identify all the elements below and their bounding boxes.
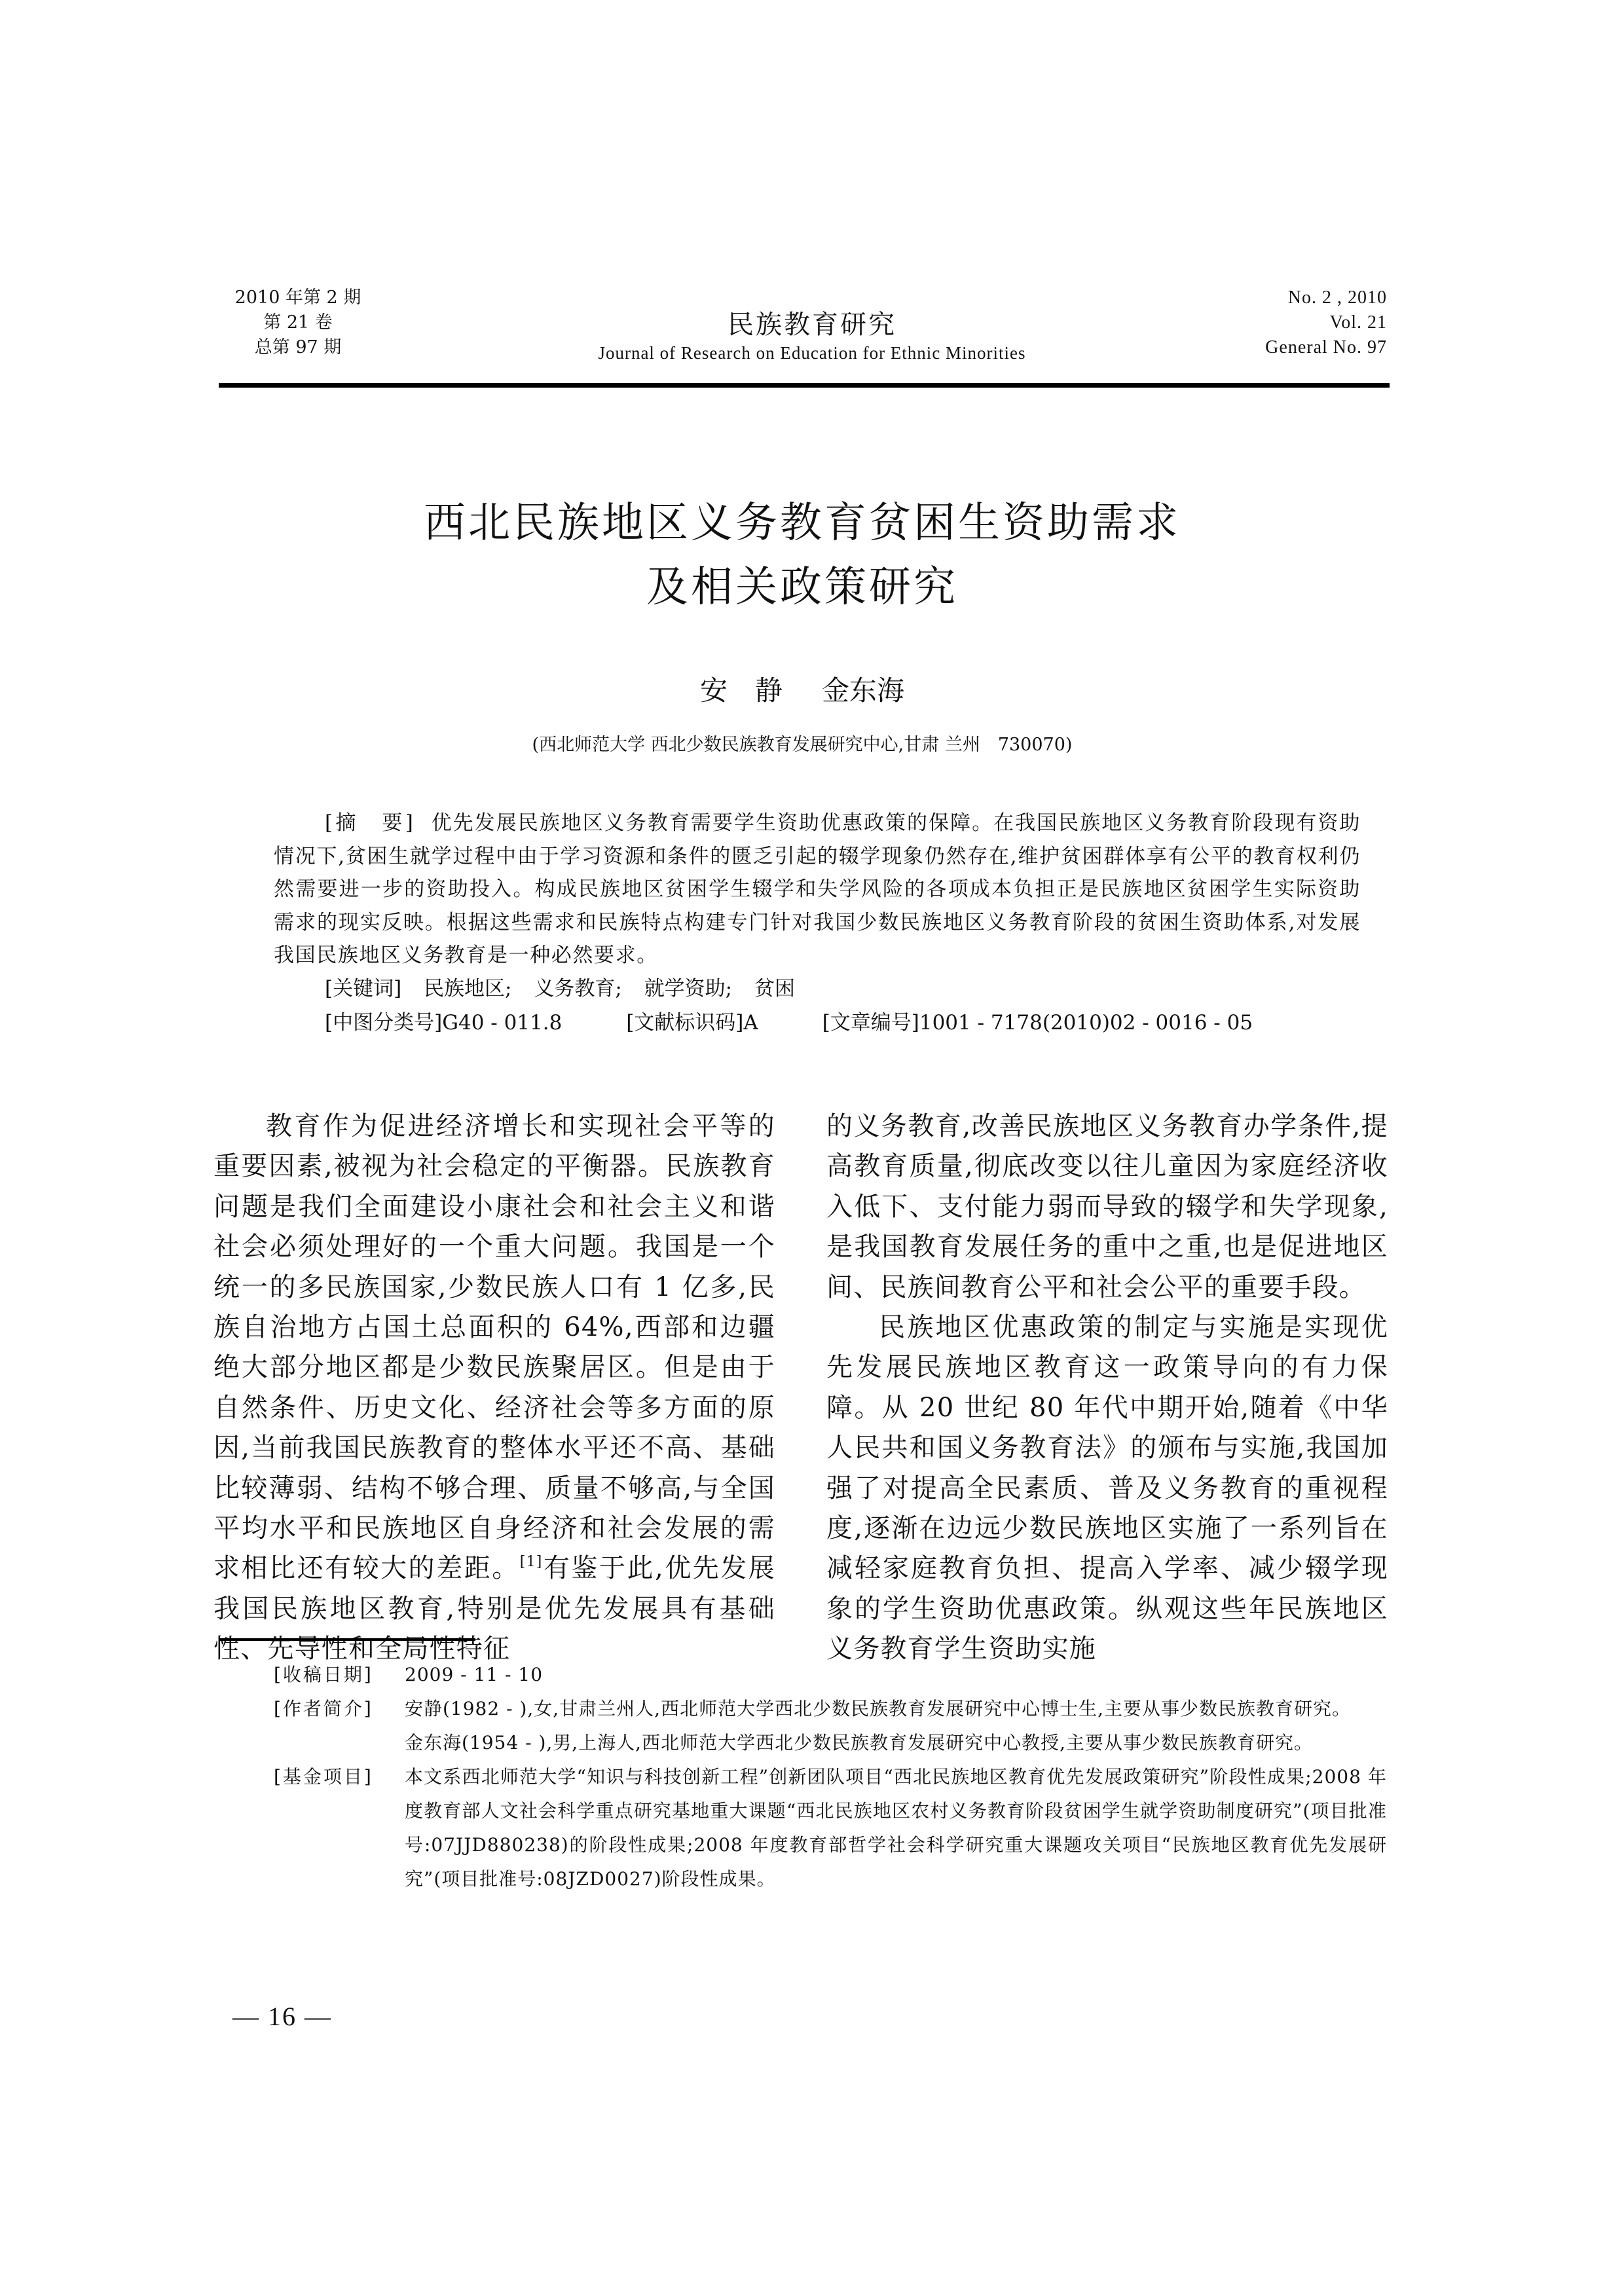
paragraph-text: 教育作为促进经济增长和实现社会平等的重要因素,被视为社会稳定的平衡器。民族教育问… [213, 1111, 775, 1583]
classification-codes: [中图分类号]G40 - 011.8 [文献标识码]A [文章编号]1001 -… [325, 1006, 1310, 1039]
body-paragraph: 民族地区优惠政策的制定与实施是实现优先发展民族地区教育这一政策导向的有力保障。从… [826, 1308, 1388, 1670]
footnote-rule [219, 1638, 475, 1641]
body-paragraph: 的义务教育,改善民族地区义务教育办学条件,提高教育质量,彻底改变以往儿童因为家庭… [826, 1107, 1388, 1308]
journal-name-en: Journal of Research on Education for Eth… [458, 342, 1166, 364]
body-paragraph: 教育作为促进经济增长和实现社会平等的重要因素,被视为社会稳定的平衡器。民族教育问… [213, 1107, 775, 1670]
author-name: 安 静 [700, 674, 783, 707]
clc-value: G40 - 011.8 [442, 1011, 562, 1035]
article-id-value: 1001 - 7178(2010)02 - 0016 - 05 [919, 1011, 1253, 1035]
body-column-left: 教育作为促进经济增长和实现社会平等的重要因素,被视为社会稳定的平衡器。民族教育问… [213, 1107, 775, 1670]
body-column-right: 的义务教育,改善民族地区义务教育办学条件,提高教育质量,彻底改变以往儿童因为家庭… [826, 1107, 1388, 1670]
keywords: [关键词] 民族地区; 义务教育; 就学资助; 贫困 [325, 972, 811, 1005]
received-date-value: 2009 - 11 - 10 [405, 1658, 1387, 1692]
journal-name: 民族教育研究 Journal of Research on Education … [458, 308, 1166, 364]
document-code: [文献标识码]A [626, 1006, 758, 1039]
keywords-label: [关键词] [325, 977, 401, 1001]
article-title: 西北民族地区义务教育贫困生资助需求 及相关政策研究 [216, 491, 1388, 619]
document-code-label: [文献标识码] [626, 1011, 743, 1035]
abstract-text: 优先发展民族地区义务教育需要学生资助优惠政策的保障。在我国民族地区义务教育阶段现… [274, 811, 1361, 967]
keyword: 民族地区; [424, 977, 511, 1001]
fund-project: [基金项目] 本文系西北师范大学“知识与科技创新工程”创新团队项目“西北民族地区… [274, 1760, 1387, 1896]
issue-info-cn: 2010 年第 2 期 第 21 卷 总第 97 期 [216, 285, 380, 360]
received-date-label: [收稿日期] [274, 1658, 405, 1692]
page-number: — 16 — [232, 2002, 332, 2031]
general-number-en: General No. 97 [1177, 335, 1387, 360]
clc-number: [中图分类号]G40 - 011.8 [325, 1006, 562, 1039]
affiliation: (西北师范大学 西北少数民族教育发展研究中心,甘肃 兰州 730070) [216, 733, 1388, 757]
abstract: [摘 要] 优先发展民族地区义务教育需要学生资助优惠政策的保障。在我国民族地区义… [274, 807, 1361, 972]
keyword: 就学资助; [644, 977, 732, 1001]
clc-label: [中图分类号] [325, 1011, 442, 1035]
volume-cn: 第 21 卷 [216, 310, 380, 335]
journal-name-cn: 民族教育研究 [458, 308, 1166, 342]
volume-en: Vol. 21 [1177, 310, 1387, 335]
document-code-value: A [743, 1011, 758, 1035]
issue-number-en: No. 2 , 2010 [1177, 285, 1387, 310]
author-bio: [作者简介] 安静(1982 - ),女,甘肃兰州人,西北师范大学西北少数民族教… [274, 1692, 1387, 1760]
citation-ref[interactable]: [1] [520, 1554, 543, 1570]
author-bio-entry: 金东海(1954 - ),男,上海人,西北师范大学西北少数民族教育发展研究中心教… [405, 1726, 1387, 1760]
general-number-cn: 总第 97 期 [216, 335, 380, 360]
author-list: 安 静金东海 [216, 674, 1388, 707]
keyword: 义务教育; [534, 977, 621, 1001]
article-id-label: [文章编号] [822, 1011, 919, 1035]
footnotes: [收稿日期] 2009 - 11 - 10 [作者简介] 安静(1982 - )… [274, 1658, 1387, 1896]
title-line-2: 及相关政策研究 [216, 555, 1388, 619]
header-rule [219, 383, 1390, 388]
issue-info-en: No. 2 , 2010 Vol. 21 General No. 97 [1177, 285, 1387, 360]
abstract-label: [摘 要] [325, 811, 416, 835]
author-name: 金东海 [822, 674, 904, 707]
keyword: 贫困 [754, 977, 795, 1001]
article-id: [文章编号]1001 - 7178(2010)02 - 0016 - 05 [822, 1006, 1253, 1039]
received-date: [收稿日期] 2009 - 11 - 10 [274, 1658, 1387, 1692]
fund-project-label: [基金项目] [274, 1760, 405, 1896]
title-line-1: 西北民族地区义务教育贫困生资助需求 [216, 491, 1388, 555]
author-bio-entry: 安静(1982 - ),女,甘肃兰州人,西北师范大学西北少数民族教育发展研究中心… [405, 1692, 1387, 1726]
issue-year-number: 2010 年第 2 期 [216, 285, 380, 310]
fund-project-value: 本文系西北师范大学“知识与科技创新工程”创新团队项目“西北民族地区教育优先发展政… [405, 1760, 1387, 1896]
author-bio-body: 安静(1982 - ),女,甘肃兰州人,西北师范大学西北少数民族教育发展研究中心… [405, 1692, 1387, 1760]
author-bio-label: [作者简介] [274, 1692, 405, 1760]
